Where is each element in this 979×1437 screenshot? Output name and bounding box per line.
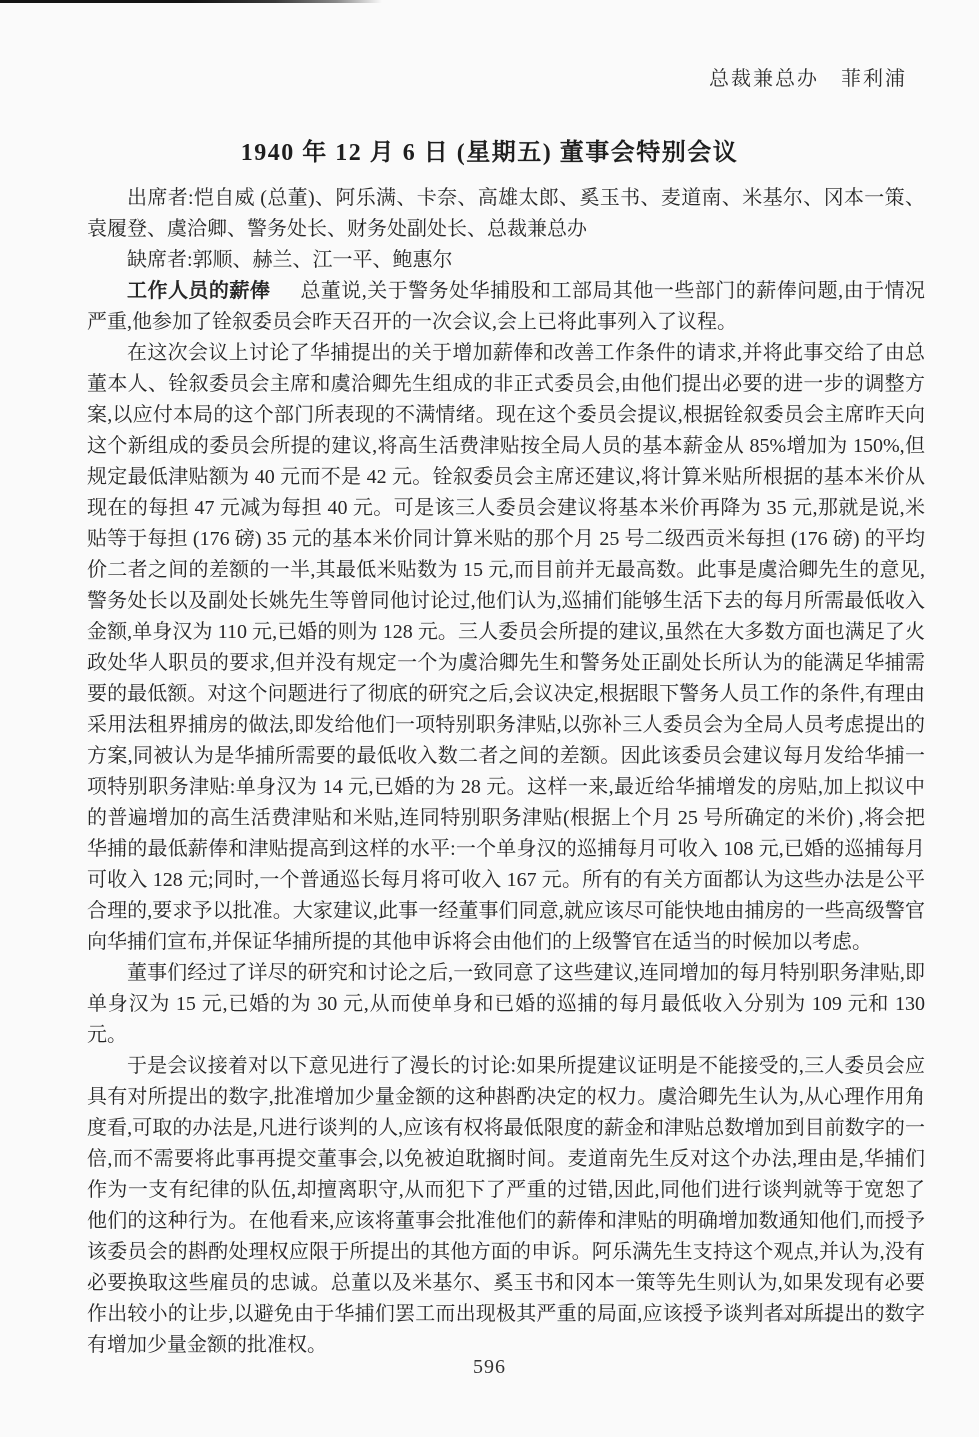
page-number: 596 — [0, 1356, 979, 1379]
paragraph-staff-salary: 工作人员的薪俸总董说,关于警务处华捕股和工部局其他一些部门的薪俸问题,由于情况严… — [87, 276, 925, 338]
document-title: 1940 年 12 月 6 日 (星期五) 董事会特别会议 — [0, 132, 979, 167]
attendees-text: 出席者:恺自威 (总董)、阿乐满、卡奈、高雄太郎、奚玉书、麦道南、米基尔、冈本一… — [87, 187, 925, 240]
scan-artifact-top-edge — [0, 0, 382, 3]
board-decision-text: 董事们经过了详尽的研究和讨论之后,一致同意了这些建议,连同增加的每月特别职务津贴… — [87, 962, 925, 1046]
paragraph-committee-proposal: 在这次会议上讨论了华捕提出的关于增加薪俸和改善工作条件的请求,并将此事交给了由总… — [87, 338, 925, 958]
paragraph-attendees: 出席者:恺自威 (总董)、阿乐满、卡奈、高雄太郎、奚玉书、麦道南、米基尔、冈本一… — [87, 183, 925, 245]
absentees-text: 缺席者:郭顺、赫兰、江一平、鲍惠尔 — [127, 249, 453, 271]
document-body: 出席者:恺自威 (总董)、阿乐满、卡奈、高雄太郎、奚玉书、麦道南、米基尔、冈本一… — [87, 183, 925, 1361]
running-header-author: 总裁兼总办 菲利浦 — [709, 62, 907, 91]
discussion-text: 于是会议接着对以下意见进行了漫长的讨论:如果所提建议证明是不能接受的,三人委员会… — [87, 1055, 925, 1356]
paragraph-absentees: 缺席者:郭顺、赫兰、江一平、鲍惠尔 — [87, 245, 925, 276]
committee-proposal-text: 在这次会议上讨论了华捕提出的关于增加薪俸和改善工作条件的请求,并将此事交给了由总… — [87, 342, 925, 953]
paragraph-discussion: 于是会议接着对以下意见进行了漫长的讨论:如果所提建议证明是不能接受的,三人委员会… — [87, 1051, 925, 1361]
run-in-heading-staff-salary: 工作人员的薪俸 — [127, 280, 270, 302]
paragraph-board-decision: 董事们经过了详尽的研究和讨论之后,一致同意了这些建议,连同增加的每月特别职务津贴… — [87, 958, 925, 1051]
